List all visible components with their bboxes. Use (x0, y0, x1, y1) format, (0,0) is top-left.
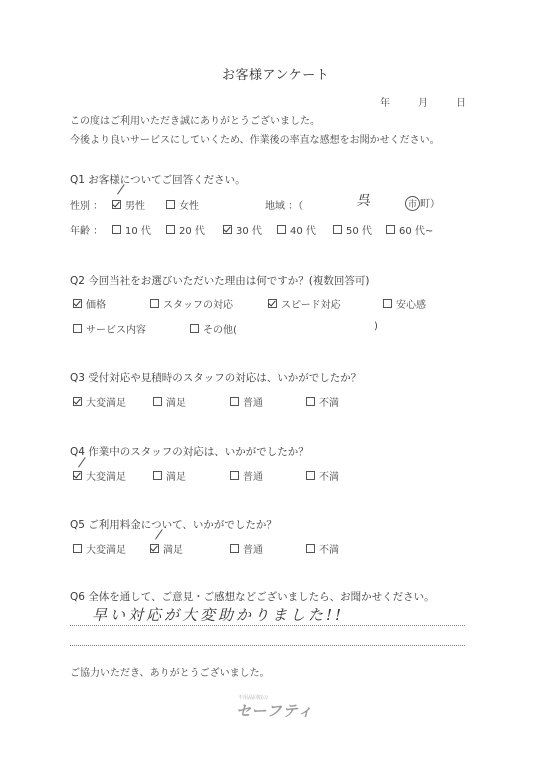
option-label: 40 代 (290, 222, 316, 237)
option-label: 不満 (319, 394, 339, 409)
checkbox-icon[interactable] (112, 225, 121, 234)
q5-option-dissatisfied[interactable]: 不満 (306, 541, 339, 556)
checkbox-icon[interactable] (230, 397, 239, 406)
checkbox-checked-icon[interactable] (223, 225, 232, 234)
checkbox-checked-icon[interactable] (73, 397, 82, 406)
gender-label: 性別 ： (70, 197, 103, 212)
checkbox-icon[interactable] (190, 324, 199, 333)
option-label: 30 代 (236, 222, 262, 237)
checkbox-icon[interactable] (166, 225, 175, 234)
region-city-town: 市町） (405, 195, 440, 211)
option-label: 50 代 (346, 222, 372, 237)
other-close-paren: ) (374, 321, 378, 332)
checkbox-icon[interactable] (73, 324, 82, 333)
q6-handwritten-answer[interactable]: 早い対応が大変助かりました!! (92, 604, 344, 625)
checkbox-checked-icon[interactable] (150, 544, 159, 553)
option-label: 価格 (86, 296, 106, 311)
checkbox-icon[interactable] (153, 397, 162, 406)
date-month-label: 月 (418, 94, 428, 109)
option-label: 女性 (179, 197, 199, 212)
checkbox-icon[interactable] (166, 200, 175, 209)
option-label: 普通 (243, 468, 263, 483)
q4-option-very-satisfied[interactable]: 大変満足 (73, 468, 126, 483)
answer-line-1 (70, 625, 465, 626)
option-label: 大変満足 (86, 394, 126, 409)
option-label: 10 代 (125, 222, 151, 237)
region-label: 地域 ：（ (265, 197, 303, 212)
checkbox-checked-icon[interactable] (112, 200, 121, 209)
age-option-10s[interactable]: 10 代 (112, 222, 151, 237)
q4-option-dissatisfied[interactable]: 不満 (306, 468, 339, 483)
age-label: 年齢 ： (70, 222, 103, 237)
checkbox-icon[interactable] (150, 299, 159, 308)
checkbox-icon[interactable] (153, 471, 162, 480)
option-label: スピード対応 (281, 296, 341, 311)
checkbox-icon[interactable] (383, 299, 392, 308)
checkbox-checked-icon[interactable] (268, 299, 277, 308)
checkbox-checked-icon[interactable] (73, 299, 82, 308)
q5-question: Q5 ご利用料金について、いかがでしたか？ (70, 517, 277, 532)
q2-question: Q2 今回当社をお選びいただいた理由は何ですか？(複数回答可) (70, 273, 369, 288)
option-label: 不満 (319, 468, 339, 483)
q4-question: Q4 作業中のスタッフの対応は、いかがでしたか？ (70, 444, 309, 459)
q3-option-dissatisfied[interactable]: 不満 (306, 394, 339, 409)
checkbox-icon[interactable] (333, 225, 342, 234)
option-label: 不満 (319, 541, 339, 556)
q3-option-satisfied[interactable]: 満足 (153, 394, 186, 409)
option-label: 普通 (243, 541, 263, 556)
q5-option-very-satisfied[interactable]: 大変満足 (73, 541, 126, 556)
q5-option-satisfied[interactable]: 満足 (150, 541, 183, 556)
reason-option-peace-of-mind[interactable]: 安心感 (383, 296, 426, 311)
checkbox-icon[interactable] (306, 397, 315, 406)
option-label: 安心感 (396, 296, 426, 311)
option-label: スタッフの対応 (163, 296, 233, 311)
q3-option-neutral[interactable]: 普通 (230, 394, 263, 409)
option-label: 普通 (243, 394, 263, 409)
q3-option-very-satisfied[interactable]: 大変満足 (73, 394, 126, 409)
q4-option-satisfied[interactable]: 満足 (153, 468, 186, 483)
region-handwritten-value[interactable]: 呉 (356, 190, 370, 210)
option-label: 満足 (166, 394, 186, 409)
age-option-60s-plus[interactable]: 60 代~ (386, 222, 433, 237)
age-option-20s[interactable]: 20 代 (166, 222, 205, 237)
gender-option-male[interactable]: 男性 (112, 197, 145, 212)
q1-question: Q1 お客様についてご回答ください。 (70, 172, 246, 187)
option-label: サービス内容 (86, 321, 146, 336)
checkbox-icon[interactable] (386, 225, 395, 234)
reason-option-price[interactable]: 価格 (73, 296, 106, 311)
town-label: 町） (420, 199, 440, 210)
reason-option-staff[interactable]: スタッフの対応 (150, 296, 233, 311)
checkbox-icon[interactable] (230, 544, 239, 553)
option-label: 満足 (163, 541, 183, 556)
option-label: 男性 (125, 197, 145, 212)
reason-option-speed[interactable]: スピード対応 (268, 296, 341, 311)
q4-option-neutral[interactable]: 普通 (230, 468, 263, 483)
city-label-circled[interactable]: 市 (405, 196, 420, 211)
option-label: その他( (203, 321, 237, 336)
intro-line-1: この度はご利用いただき誠にありがとうございました。 (70, 112, 320, 127)
option-label: 20 代 (179, 222, 205, 237)
option-label: 大変満足 (86, 468, 126, 483)
checkbox-icon[interactable] (230, 471, 239, 480)
option-label: 大変満足 (86, 541, 126, 556)
date-day-label: 日 (456, 94, 466, 109)
age-option-50s[interactable]: 50 代 (333, 222, 372, 237)
q6-question: Q6 全体を通して、ご意見・ご感想などございましたら、お聞かせください。 (70, 589, 435, 604)
intro-line-2: 今後より良いサービスにしていくため、作業後の率直な感想をお聞かせください。 (70, 131, 440, 146)
page-title: お客様アンケート (222, 64, 329, 83)
q5-option-neutral[interactable]: 普通 (230, 541, 263, 556)
answer-line-2 (70, 645, 465, 646)
checkbox-icon[interactable] (306, 544, 315, 553)
gender-option-female[interactable]: 女性 (166, 197, 199, 212)
option-label: 満足 (166, 468, 186, 483)
thanks-message: ご協力いただき、ありがとうございました。 (70, 664, 270, 679)
age-option-40s[interactable]: 40 代 (277, 222, 316, 237)
checkbox-checked-icon[interactable] (73, 471, 82, 480)
q3-question: Q3 受付対応や見積時のスタッフの対応は、いかがでしたか？ (70, 370, 361, 385)
age-option-30s[interactable]: 30 代 (223, 222, 262, 237)
checkbox-icon[interactable] (277, 225, 286, 234)
checkbox-icon[interactable] (306, 471, 315, 480)
reason-option-service[interactable]: サービス内容 (73, 321, 146, 336)
reason-option-other[interactable]: その他( (190, 321, 237, 336)
option-label: 60 代~ (399, 222, 433, 237)
company-logo: セーフティ (236, 700, 313, 721)
checkbox-icon[interactable] (73, 544, 82, 553)
date-year-label: 年 (380, 94, 390, 109)
